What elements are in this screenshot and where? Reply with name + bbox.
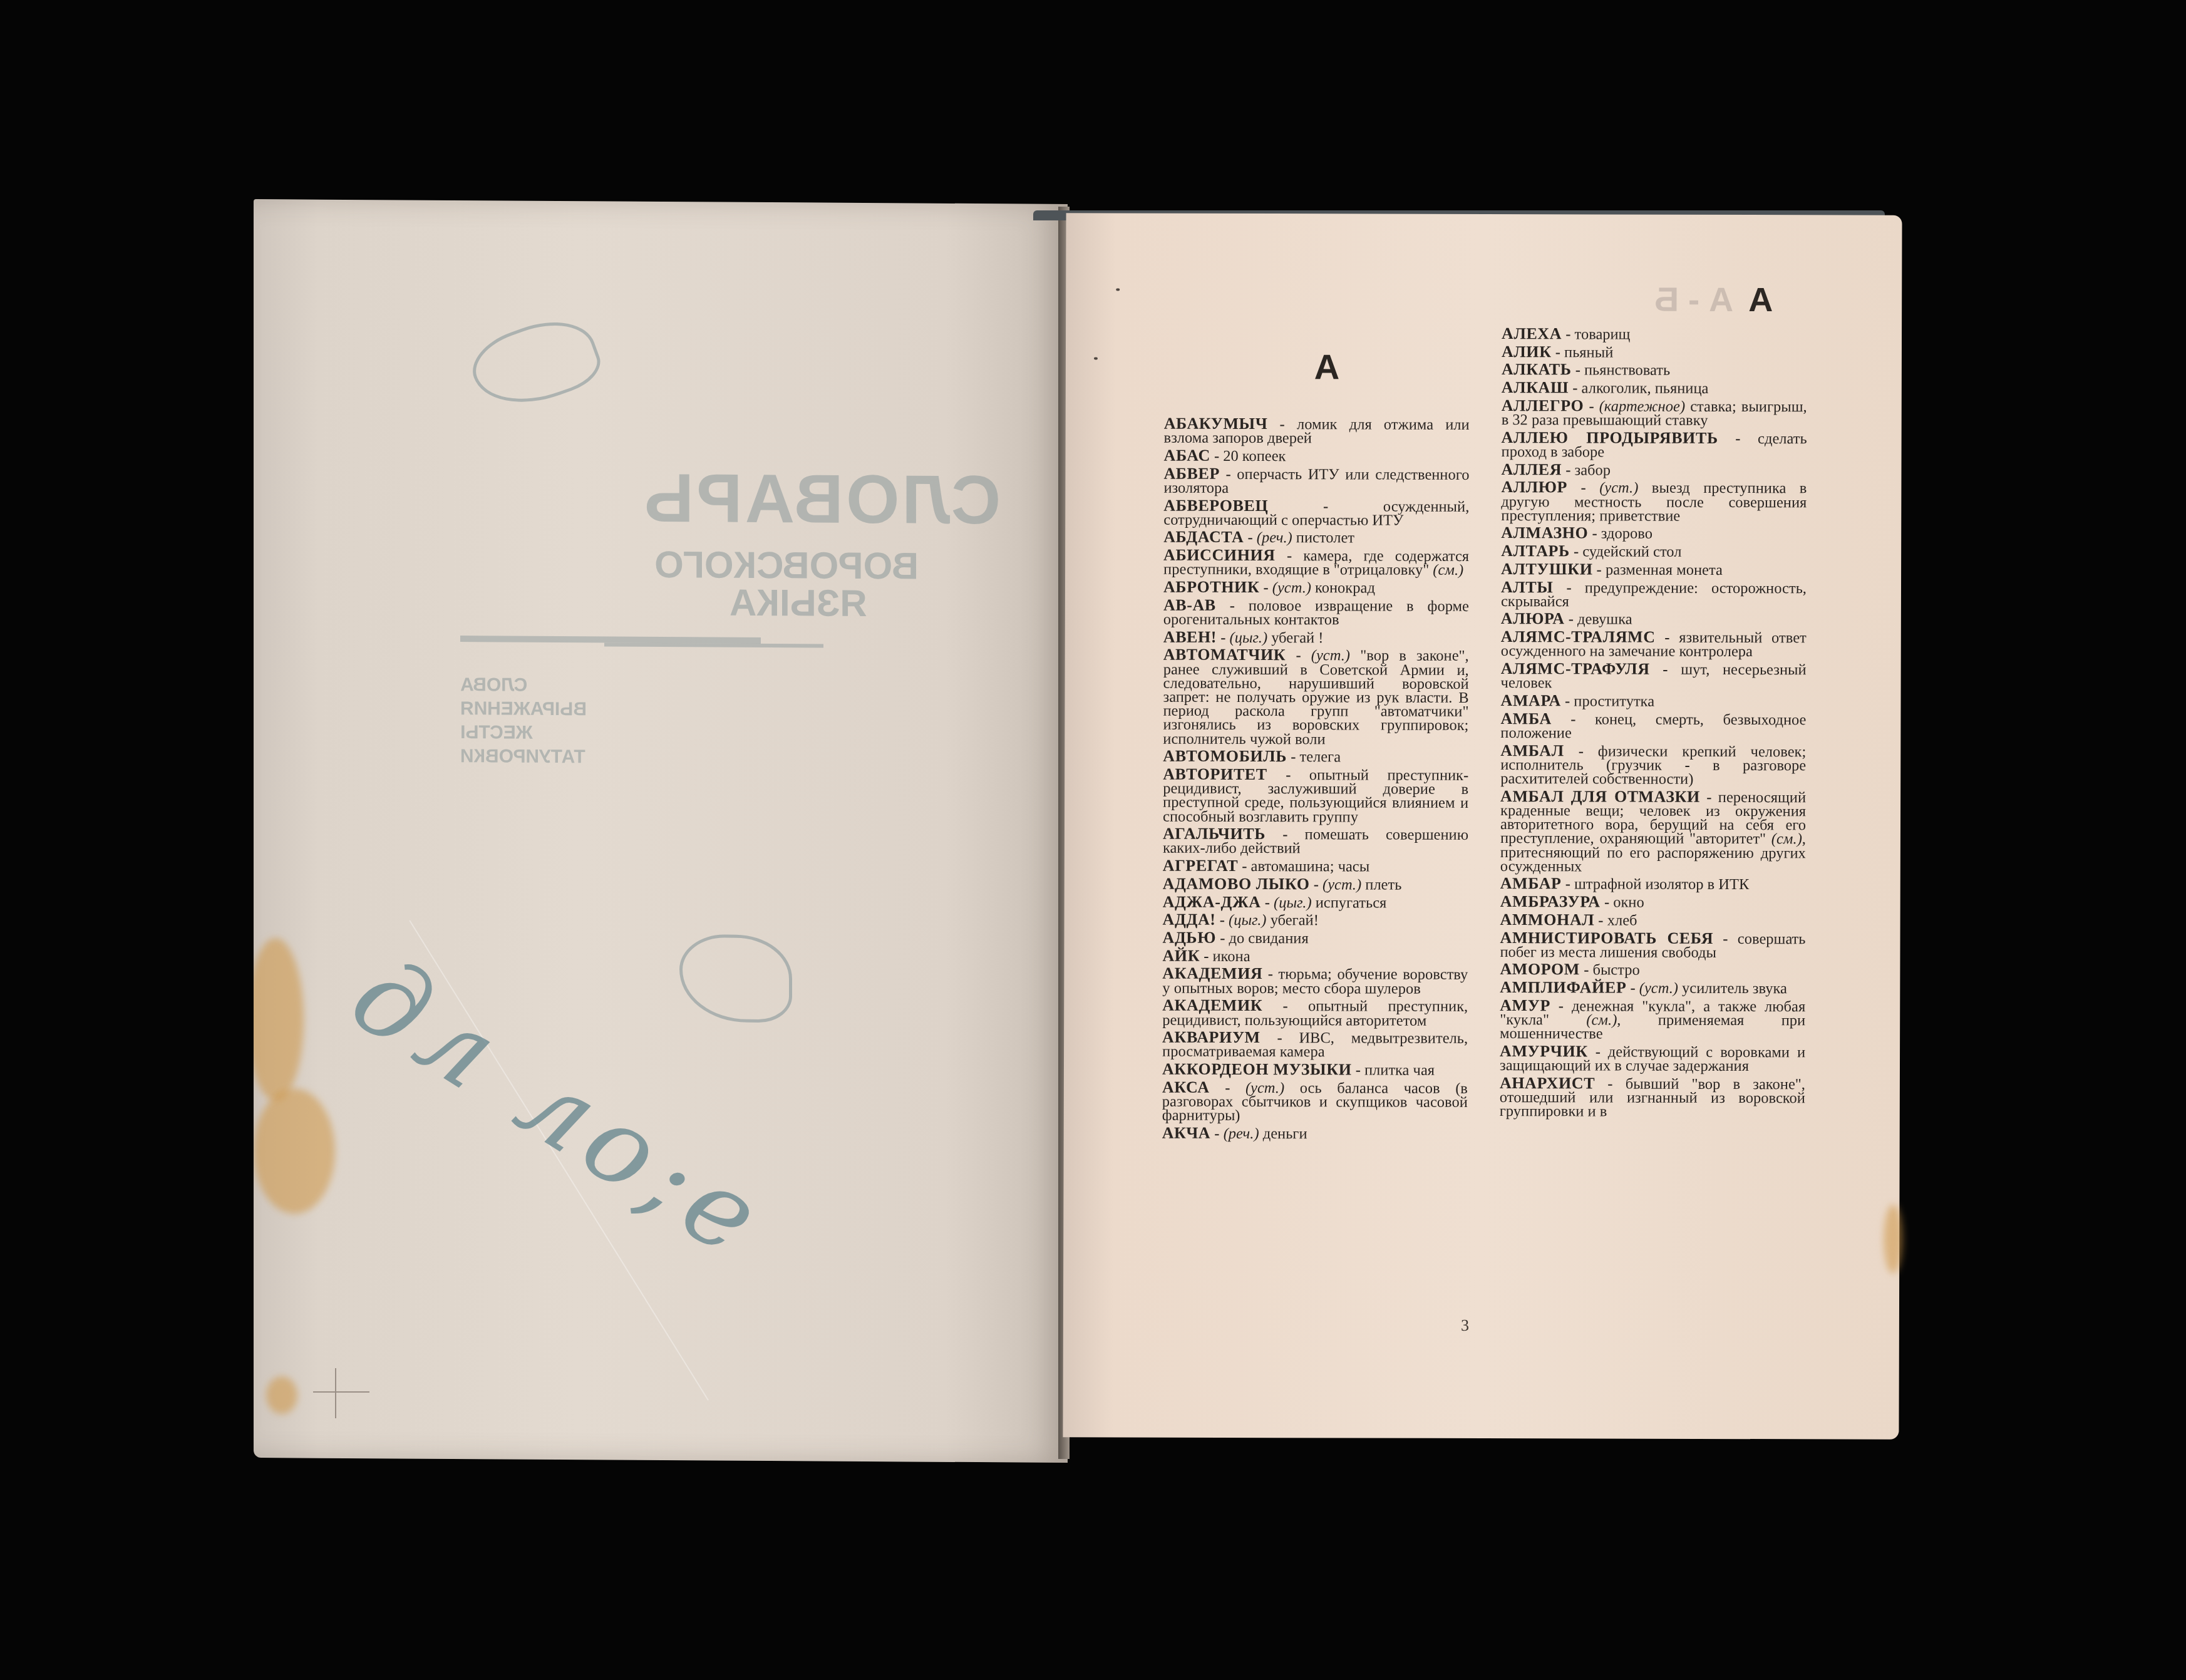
definition: хлеб <box>1607 912 1637 929</box>
headword: АКЧА <box>1162 1124 1211 1142</box>
usage-label: (цыг.) <box>1230 629 1268 646</box>
headword: АМАРА <box>1500 691 1561 709</box>
definition: здорово <box>1601 525 1652 542</box>
running-head: А <box>1748 281 1773 319</box>
headword: АЛКАТЬ <box>1502 360 1572 378</box>
edge-stain <box>1884 1205 1902 1274</box>
dictionary-entry: АДАМОВО ЛЫКО - (уст.) плеть <box>1163 877 1468 892</box>
dictionary-entry: АЛКАШ - алкоголик, пьяница <box>1502 381 1807 396</box>
dictionary-entry: АЛЮРА - девушка <box>1501 612 1807 627</box>
dictionary-entry: АММОНАЛ - хлеб <box>1500 913 1806 928</box>
dictionary-entry: АМУР - денежная "кукла", а также любая "… <box>1500 999 1805 1042</box>
usage-label: (уст.) <box>1639 980 1678 997</box>
dictionary-entry: АЛМАЗНО - здорово <box>1501 527 1807 542</box>
headword: АЛМАЗНО <box>1501 524 1588 542</box>
definition: пьяный <box>1564 344 1613 361</box>
dictionary-entry: АМОРОМ - быстро <box>1500 962 1805 977</box>
water-stain-2 <box>254 1088 335 1214</box>
dictionary-entry: АБИССИНИЯ - камера, где содержатся прест… <box>1163 549 1469 578</box>
definition: пистолет <box>1296 530 1354 547</box>
dictionary-entry: АМБАЛ ДЛЯ ОТМАЗКИ - переносящий краденны… <box>1500 790 1806 874</box>
usage-label: (уст.) <box>1322 876 1361 893</box>
dictionary-entry: АВЕН! - (цыг.) убегай ! <box>1163 630 1469 645</box>
definition: убегай! <box>1271 912 1319 929</box>
dictionary-entry: АБРОТНИК - (уст.) конокрад <box>1163 580 1469 595</box>
definition: "вор в законе", ранее служивший в Советс… <box>1163 647 1468 748</box>
column-right: АЛЕХА - товарищАЛИК - пьяныйАЛКАТЬ - пья… <box>1500 327 1807 1123</box>
dictionary-entry: АГРЕГАТ - автомашина; часы <box>1163 859 1468 874</box>
dictionary-entry: АБДАСТА - (реч.) пистолет <box>1163 530 1469 545</box>
headword: АМБАР <box>1500 874 1562 892</box>
dictionary-entry: АЛЛЮР - (уст.) выезд преступника в другу… <box>1501 480 1807 523</box>
usage-label: (реч.) <box>1224 1125 1259 1142</box>
definition: испугаться <box>1316 894 1387 911</box>
definition: товарищ <box>1574 326 1630 343</box>
headword: АДЖА-ДЖА <box>1163 892 1261 910</box>
definition: автомашина; часы <box>1251 858 1370 875</box>
dictionary-entry: АБВЕРОВЕЦ - осужденный, сотрудничающий с… <box>1163 498 1469 528</box>
headword: АККОРДЕОН МУЗЫКИ <box>1162 1060 1352 1079</box>
speck <box>1116 288 1120 291</box>
dictionary-entry: АЛТЫ - предупреждение: осторожность, скр… <box>1501 580 1807 610</box>
ghost-subtitle-2: ВЫРАЖЕНИЯ <box>460 697 587 721</box>
headword: АВЕН! <box>1163 627 1217 646</box>
dictionary-entry: АККОРДЕОН МУЗЫКИ - плитка чая <box>1162 1063 1468 1078</box>
ghost-title-line-3: ЯЗЫКА <box>730 581 867 625</box>
usage-label: (реч.) <box>1257 529 1292 546</box>
page-number: 3 <box>1461 1316 1469 1335</box>
dictionary-entry: АБАС - 20 копеек <box>1164 449 1470 464</box>
dictionary-entry: АЛТУШКИ - разменная монета <box>1501 562 1807 577</box>
definition: забор <box>1575 461 1611 478</box>
dictionary-entry: АЛЯМС-ТРАФУЛЯ - шут, несерьезный человек <box>1501 662 1807 691</box>
dictionary-entry: АЛЛЕГРО - (картежное) ставка; выигрыш, в… <box>1502 399 1807 428</box>
definition: конокрад <box>1315 579 1375 596</box>
dictionary-entry: АВТОМАТЧИК - (уст.) "вор в законе", ране… <box>1163 648 1468 747</box>
headword: АЙК <box>1162 946 1200 964</box>
definition: алкоголик, пьяница <box>1582 380 1709 398</box>
definition: судейский стол <box>1582 544 1681 560</box>
dictionary-entry: АМПЛИФАЙЕР - (уст.) усилитель звука <box>1500 981 1805 996</box>
dictionary-entry: АЛИК - пьяный <box>1502 345 1807 360</box>
headword: АЛТАРЬ <box>1501 542 1570 560</box>
usage-label: (цыг.) <box>1229 912 1267 929</box>
headword: АЛТУШКИ <box>1501 560 1592 578</box>
ghost-subtitle-1: СЛОВА <box>460 673 527 698</box>
water-stain-3 <box>266 1376 297 1414</box>
headword: АБАС <box>1164 446 1210 465</box>
dictionary-entry: АКВАРИУМ - ИВС, медвытрезвитель, просмат… <box>1162 1031 1468 1060</box>
dictionary-entry: АЛКАТЬ - пьянствовать <box>1502 363 1807 378</box>
running-head-bleed: А - Б <box>1654 281 1733 319</box>
dictionary-entry: АЙК - икона <box>1162 949 1468 964</box>
definition: разменная монета <box>1606 561 1723 578</box>
definition: икона <box>1212 948 1250 965</box>
usage-label: (уст.) <box>1272 579 1311 596</box>
ghost-subtitle-4: ТАТУИРОВКИ <box>460 745 585 769</box>
ghost-divider-2 <box>604 642 823 647</box>
dictionary-entry: АКСА - (уст.) ось баланса часов (в разго… <box>1162 1080 1468 1123</box>
section-letter: А <box>1314 346 1340 387</box>
dictionary-entry: АЛЛЕЯ - забор <box>1501 463 1807 478</box>
headword: АДАМОВО ЛЫКО <box>1163 875 1310 894</box>
dictionary-entry: АМБРАЗУРА - окно <box>1500 895 1806 910</box>
ghost-sketch-middle <box>679 934 792 1023</box>
dictionary-entry: АВТОРИТЕТ - опытный преступник-рецидивис… <box>1163 768 1468 825</box>
definition: плитка чая <box>1364 1062 1435 1079</box>
headword: АММОНАЛ <box>1500 910 1595 929</box>
ghost-subtitle-3: ЖЕСТЫ <box>460 721 533 745</box>
water-stain-1 <box>254 938 304 1101</box>
column-left: АБАКУМЫЧ - ломик для отжима или взлома з… <box>1162 417 1470 1145</box>
dictionary-entry: АВ-АВ - половое извращение в форме ороге… <box>1163 598 1469 627</box>
usage-label: (цыг.) <box>1274 894 1312 911</box>
dictionary-entry: АВТОМОБИЛЬ - телега <box>1163 750 1468 765</box>
definition: до свидания <box>1229 930 1308 947</box>
dictionary-entry: АМБА - конец, смерть, безвыходное положе… <box>1500 712 1806 741</box>
headword: АЛКАШ <box>1502 378 1569 396</box>
definition: штрафной изолятор в ИТК <box>1574 876 1749 894</box>
definition: 20 копеек <box>1223 448 1286 465</box>
dictionary-entry: АМНИСТИРОВАТЬ СЕБЯ - совершать побег из … <box>1500 931 1805 961</box>
headword: АВТОМОБИЛЬ <box>1163 747 1287 766</box>
definition: девушка <box>1577 611 1632 628</box>
dictionary-entry: АБАКУМЫЧ - ломик для отжима или взлома з… <box>1164 417 1470 446</box>
headword: АДЬЮ <box>1162 929 1216 947</box>
dictionary-entry: АЛТАРЬ - судейский стол <box>1501 544 1807 559</box>
registration-mark-v <box>335 1368 336 1418</box>
definition: усилитель звука <box>1682 980 1787 997</box>
headword: АЛЮРА <box>1501 610 1565 628</box>
definition: деньги <box>1263 1125 1307 1142</box>
definition: проститутка <box>1574 693 1654 709</box>
ghost-title-line-1: СЛОВАРЬ <box>642 458 1001 540</box>
dictionary-entry: АДЬЮ - до свидания <box>1162 931 1468 946</box>
dictionary-entry: АКАДЕМИЯ - тюрьма; обучение воровству у … <box>1162 967 1468 996</box>
definition: быстро <box>1592 962 1639 979</box>
headword: АБРОТНИК <box>1163 578 1259 596</box>
dictionary-entry: АКЧА - (реч.) деньги <box>1162 1126 1468 1141</box>
definition: окно <box>1613 894 1644 911</box>
headword: АМПЛИФАЙЕР <box>1500 978 1626 997</box>
registration-mark-h <box>313 1391 369 1393</box>
dictionary-entry: АДЖА-ДЖА - (цыг.) испугаться <box>1163 895 1468 910</box>
dictionary-entry: АЛЕХА - товарищ <box>1502 327 1807 342</box>
dictionary-entry: АЛЯМС-ТРАЛЯМС - язвительный ответ осужде… <box>1501 630 1807 659</box>
definition: убегай ! <box>1271 629 1323 646</box>
dictionary-entry: АЛЛЕЮ ПРОДЫРЯВИТЬ - сделать проход в заб… <box>1502 431 1807 460</box>
headword: АГРЕГАТ <box>1163 857 1238 875</box>
dictionary-entry: АМУРЧИК - действующий с воровками и защи… <box>1500 1044 1805 1074</box>
left-page: СЛОВАРЬ ВОРОВСКОГО ЯЗЫКА СЛОВА ВЫРАЖЕНИЯ… <box>254 199 1068 1463</box>
ghost-sketch-top <box>464 307 607 420</box>
right-page: А - Б А А АБАКУМЫЧ - ломик для отжима ил… <box>1063 213 1902 1439</box>
dictionary-entry: АКАДЕМИК - опытный преступник, рецидивис… <box>1162 999 1468 1028</box>
dictionary-entry: АМБАР - штрафной изолятор в ИТК <box>1500 877 1806 892</box>
definition: телега <box>1299 749 1341 766</box>
headword: АБДАСТА <box>1163 528 1244 546</box>
dictionary-entry: АМБАЛ - физически крепкий человек; испол… <box>1500 744 1806 787</box>
definition: пьянствовать <box>1584 362 1670 379</box>
headword: АЛЕХА <box>1502 324 1562 343</box>
cross-reference: (см.) <box>1429 562 1463 579</box>
speck <box>1094 357 1098 359</box>
dictionary-entry: АДДА! - (цыг.) убегай! <box>1163 913 1468 928</box>
dictionary-entry: АМАРА - проститутка <box>1500 694 1806 709</box>
headword: АМБРАЗУРА <box>1500 892 1601 910</box>
dictionary-entry: АГАЛЬЧИТЬ - помешать совершению каких-ли… <box>1163 827 1468 857</box>
dictionary-entry: АБВЕР - оперчасть ИТУ или следственного … <box>1163 466 1469 496</box>
headword: АЛЛЕЯ <box>1501 460 1562 478</box>
definition: плеть <box>1365 876 1401 893</box>
dictionary-entry: АНАРХИСТ - бывший "вор в законе", отошед… <box>1500 1076 1805 1120</box>
headword: АМОРОМ <box>1500 960 1580 978</box>
headword: АДДА! <box>1163 910 1216 929</box>
headword: АЛИК <box>1502 343 1552 361</box>
